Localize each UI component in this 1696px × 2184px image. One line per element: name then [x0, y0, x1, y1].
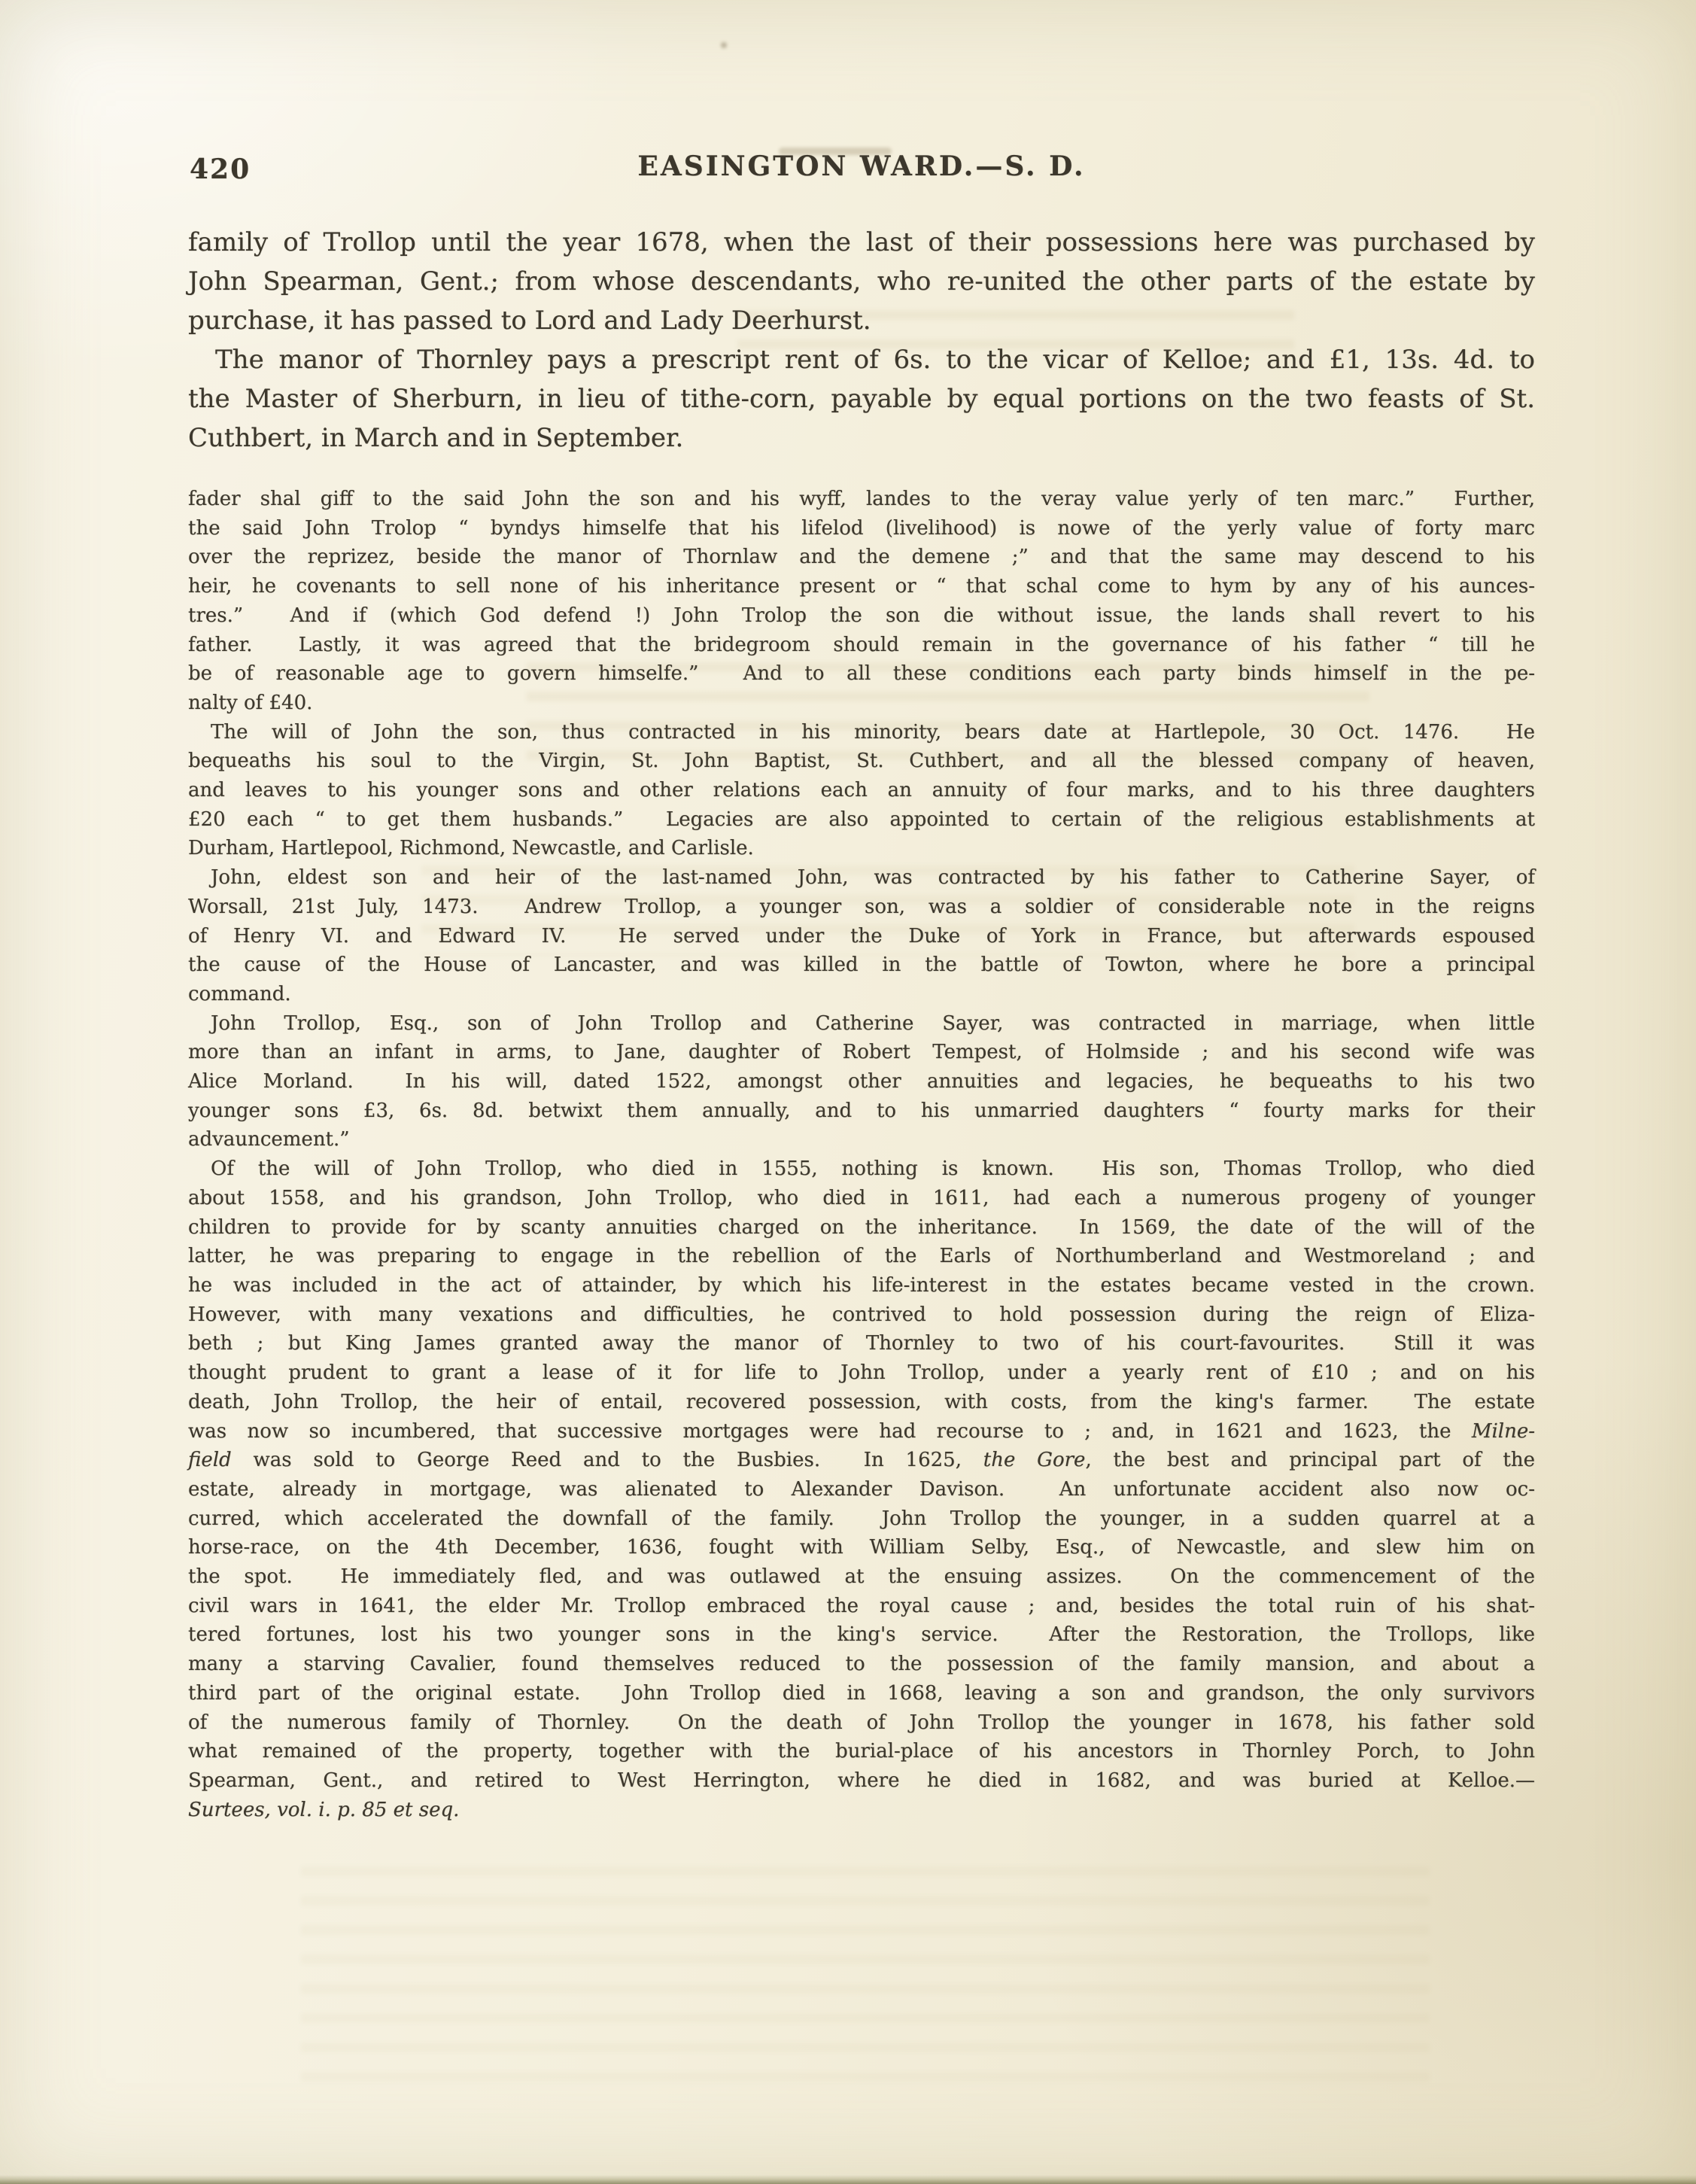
text-line: Worsall, 21st July, 1473. Andrew Trollop…	[188, 893, 1535, 922]
text-line: the said John Trolop “ byndys himselfe t…	[188, 514, 1535, 543]
text-line: tres.” And if (which God defend !) John …	[188, 601, 1535, 631]
text-line: family of Trollop until the year 1678, w…	[188, 223, 1535, 262]
italic-text: the Gore	[983, 1449, 1086, 1471]
show-through-ghost	[301, 1866, 1430, 2092]
text-line: advauncement.”	[188, 1125, 1535, 1154]
text-line: and leaves to his younger sons and other…	[188, 776, 1535, 805]
text-line: what remained of the property, together …	[188, 1737, 1535, 1766]
text-line: the spot. He immediately fled, and was o…	[188, 1562, 1535, 1592]
text-line: Durham, Hartlepool, Richmond, Newcastle,…	[188, 834, 1535, 863]
text-line: father. Lastly, it was agreed that the b…	[188, 631, 1535, 660]
page-title: EASINGTON WARD.—S. D.	[188, 151, 1535, 182]
italic-text: field	[188, 1449, 232, 1471]
text-line: tered fortunes, lost his two younger son…	[188, 1620, 1535, 1650]
paragraph: The will of John the son, thus contracte…	[188, 718, 1535, 864]
text-line: The will of John the son, thus contracte…	[188, 718, 1535, 747]
book-page: 420 EASINGTON WARD.—S. D. family of Trol…	[0, 0, 1696, 2184]
text-line: beth ; but King James granted away the m…	[188, 1329, 1535, 1358]
text-line: purchase, it has passed to Lord and Lady…	[188, 301, 1535, 340]
text-line: Alice Morland. In his will, dated 1522, …	[188, 1067, 1535, 1097]
italic-text: Surtees, vol. i. p. 85 et seq.	[188, 1799, 459, 1821]
text-line: Spearman, Gent., and retired to West Her…	[188, 1766, 1535, 1796]
text-line: over the reprizez, beside the manor of T…	[188, 543, 1535, 572]
text-line: Surtees, vol. i. p. 85 et seq.	[188, 1796, 1535, 1825]
text-line: Of the will of John Trollop, who died in…	[188, 1154, 1535, 1184]
page-number: 420	[190, 154, 251, 185]
text-line: about 1558, and his grandson, John Troll…	[188, 1184, 1535, 1213]
italic-text: Milne-	[1472, 1420, 1535, 1443]
text-line: younger sons £3, 6s. 8d. betwixt them an…	[188, 1097, 1535, 1126]
text-line: horse-race, on the 4th December, 1636, f…	[188, 1533, 1535, 1562]
text-line: of Henry VI. and Edward IV. He served un…	[188, 922, 1535, 951]
footnote-text-block: fader shal giff to the said John the son…	[188, 485, 1535, 1824]
text-line: be of reasonable age to govern himselfe.…	[188, 659, 1535, 689]
text-line: curred, which accelerated the downfall o…	[188, 1504, 1535, 1534]
paragraph: The manor of Thornley pays a prescript r…	[188, 340, 1535, 458]
text-line: John Trollop, Esq., son of John Trollop …	[188, 1009, 1535, 1039]
text-line: £20 each “ to get them husbands.” Legaci…	[188, 805, 1535, 835]
page-header: 420 EASINGTON WARD.—S. D.	[188, 151, 1535, 191]
text-line: The manor of Thornley pays a prescript r…	[188, 340, 1535, 379]
text-line: the cause of the House of Lancaster, and…	[188, 951, 1535, 980]
text-line: death, John Trollop, the heir of entail,…	[188, 1388, 1535, 1417]
text-line: civil wars in 1641, the elder Mr. Trollo…	[188, 1592, 1535, 1621]
paragraph: John Trollop, Esq., son of John Trollop …	[188, 1009, 1535, 1155]
text-line: bequeaths his soul to the Virgin, St. Jo…	[188, 747, 1535, 776]
text-line: estate, already in mortgage, was alienat…	[188, 1475, 1535, 1504]
text-line: Cuthbert, in March and in September.	[188, 418, 1535, 458]
text-line: heir, he covenants to sell none of his i…	[188, 572, 1535, 601]
text-line: However, with many vexations and difficu…	[188, 1300, 1535, 1330]
paragraph: fader shal giff to the said John the son…	[188, 485, 1535, 718]
paragraph: family of Trollop until the year 1678, w…	[188, 223, 1535, 340]
text-line: John, eldest son and heir of the last-na…	[188, 863, 1535, 893]
text-line: thought prudent to grant a lease of it f…	[188, 1358, 1535, 1388]
text-line: command.	[188, 980, 1535, 1009]
text-line: fader shal giff to the said John the son…	[188, 485, 1535, 514]
text-line: more than an infant in arms, to Jane, da…	[188, 1038, 1535, 1067]
text-line: field was sold to George Reed and to the…	[188, 1446, 1535, 1475]
text-line: third part of the original estate. John …	[188, 1679, 1535, 1708]
text-line: nalty of £40.	[188, 689, 1535, 718]
text-line: latter, he was preparing to engage in th…	[188, 1242, 1535, 1271]
text-line: he was included in the act of attainder,…	[188, 1271, 1535, 1300]
paragraph: Of the will of John Trollop, who died in…	[188, 1154, 1535, 1824]
paragraph: John, eldest son and heir of the last-na…	[188, 863, 1535, 1009]
text-line: was now so incumbered, that successive m…	[188, 1417, 1535, 1446]
text-line: of the numerous family of Thornley. On t…	[188, 1708, 1535, 1738]
text-line: the Master of Sherburn, in lieu of tithe…	[188, 379, 1535, 418]
text-line: John Spearman, Gent.; from whose descend…	[188, 262, 1535, 301]
main-text-block: family of Trollop until the year 1678, w…	[188, 223, 1535, 458]
text-line: children to provide for by scanty annuit…	[188, 1213, 1535, 1243]
text-line: many a starving Cavalier, found themselv…	[188, 1650, 1535, 1679]
ink-speck	[721, 42, 727, 48]
